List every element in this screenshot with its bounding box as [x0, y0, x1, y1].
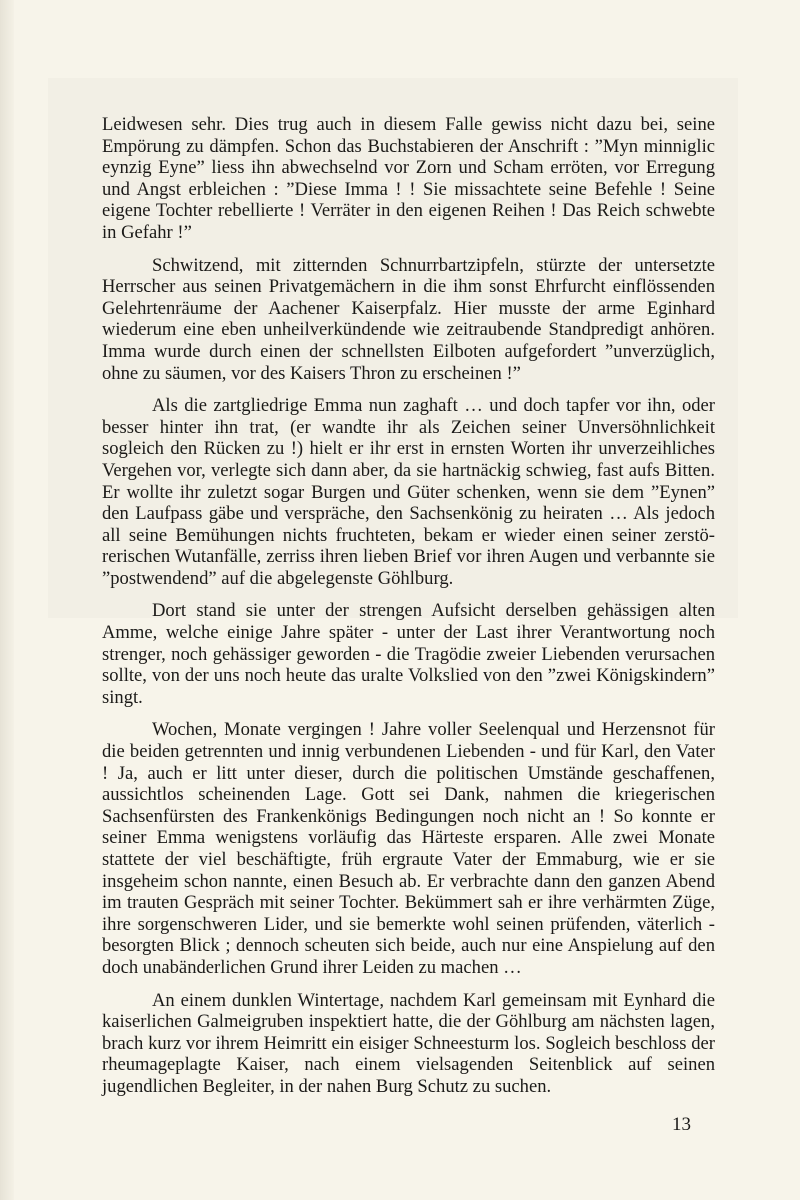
- paragraph: Als die zartgliedrige Emma nun zaghaft ……: [102, 395, 715, 589]
- paragraph: Dort stand sie unter der strengen Aufsic…: [102, 600, 715, 708]
- paragraph: Schwitzend, mit zitternden Schnurrbartzi…: [102, 255, 715, 385]
- paragraph-continuation: Leidwesen sehr. Dies trug auch in diesem…: [102, 114, 715, 244]
- paragraph: Wochen, Monate vergingen ! Jahre voller …: [102, 719, 715, 978]
- body-text: Leidwesen sehr. Dies trug auch in diesem…: [102, 114, 715, 1109]
- page-number: 13: [672, 1114, 691, 1136]
- paragraph: An einem dunklen Wintertage, nachdem Kar…: [102, 990, 715, 1098]
- page-edge: [0, 0, 14, 1200]
